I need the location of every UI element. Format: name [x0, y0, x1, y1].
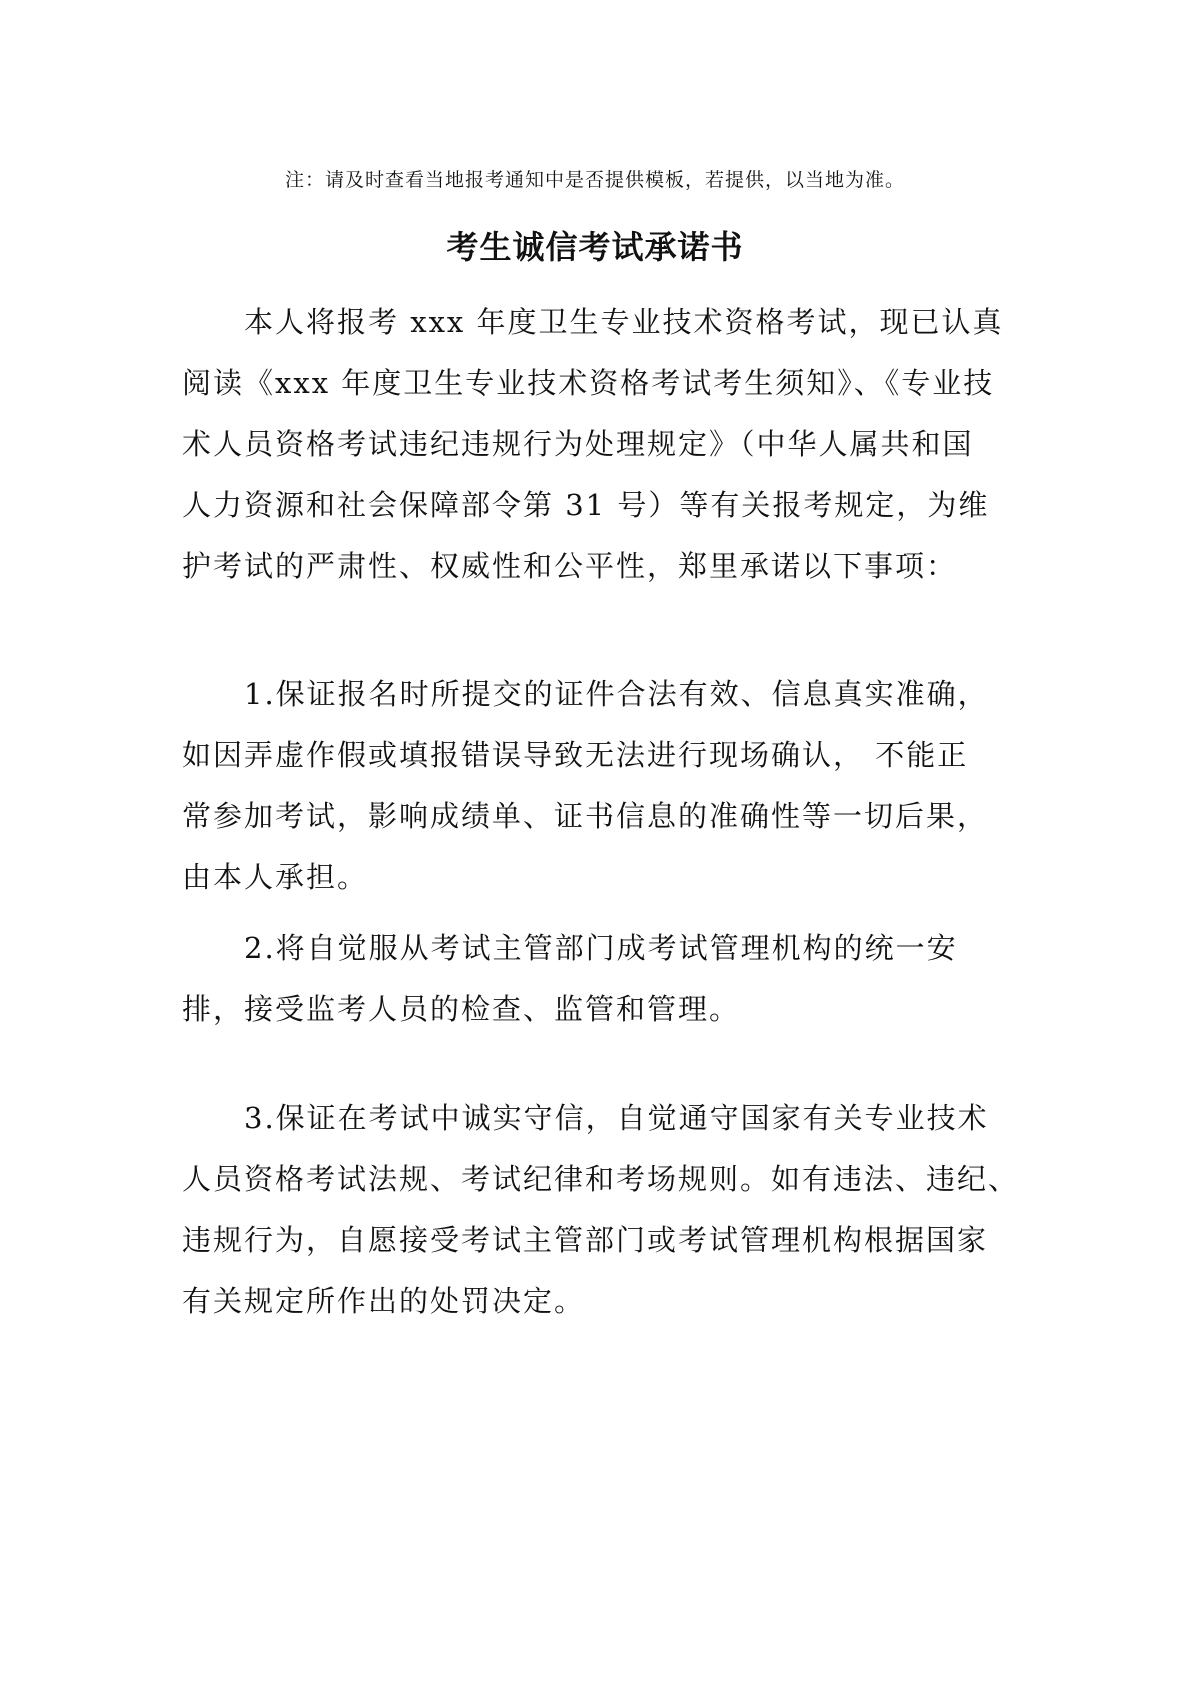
text-line: 有关规定所作出的处罚决定。 [182, 1271, 1012, 1332]
text-line: 2.将自觉服从考试主管部门成考试管理机构的统一安 [182, 918, 1012, 979]
text-line: 违规行为，自愿接受考试主管部门或考试管理机构根据国家 [182, 1210, 1012, 1271]
commitment-item-2: 2.将自觉服从考试主管部门成考试管理机构的统一安 排，接受监考人员的检查、监管和… [182, 918, 1012, 1040]
text-line: 阅读《xxx 年度卫生专业技术资格考试考生须知》、《专业技 [182, 353, 1012, 414]
intro-paragraph: 本人将报考 xxx 年度卫生专业技术资格考试，现已认真 阅读《xxx 年度卫生专… [182, 292, 1012, 597]
template-note: 注：请及时查看当地报考通知中是否提供模板，若提供，以当地为准。 [0, 165, 1190, 192]
text-line: 常参加考试，影响成绩单、证书信息的准确性等一切后果， [182, 786, 1012, 847]
text-line: 护考试的严肃性、权威性和公平性，郑里承诺以下事项： [182, 536, 1012, 597]
text-line: 3.保证在考试中诚实守信，自觉通守国家有关专业技术 [182, 1088, 1012, 1149]
document-title: 考生诚信考试承诺书 [0, 222, 1190, 268]
commitment-item-1: 1.保证报名时所提交的证件合法有效、信息真实准确， 如因弄虚作假或填报错误导致无… [182, 664, 1012, 908]
text-line: 1.保证报名时所提交的证件合法有效、信息真实准确， [182, 664, 1012, 725]
commitment-item-3: 3.保证在考试中诚实守信，自觉通守国家有关专业技术 人员资格考试法规、考试纪律和… [182, 1088, 1012, 1332]
text-line: 人力资源和社会保障部令第 31 号）等有关报考规定，为维 [182, 475, 1012, 536]
text-line: 人员资格考试法规、考试纪律和考场规则。如有违法、违纪、 [182, 1149, 1012, 1210]
text-line: 本人将报考 xxx 年度卫生专业技术资格考试，现已认真 [182, 292, 1012, 353]
text-line: 如因弄虚作假或填报错误导致无法进行现场确认， 不能正 [182, 725, 1012, 786]
text-line: 术人员资格考试违纪违规行为处理规定》（中华人属共和国 [182, 414, 1012, 475]
text-line: 由本人承担。 [182, 847, 1012, 908]
text-line: 排，接受监考人员的检查、监管和管理。 [182, 979, 1012, 1040]
